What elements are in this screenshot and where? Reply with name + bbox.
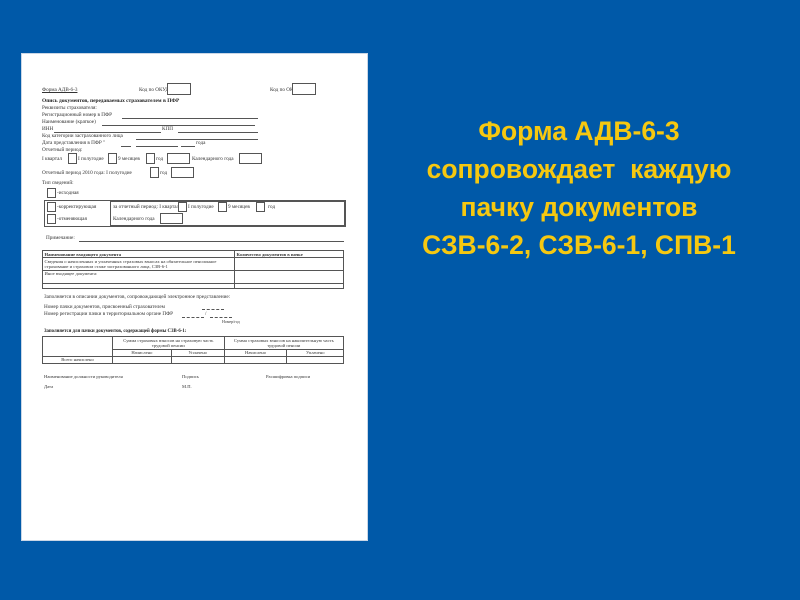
table-row: Всего начислено xyxy=(43,356,344,363)
reg-number-label: Регистрационный номер в ПФР xyxy=(42,113,112,118)
form-title: Опись документов, передаваемых страховат… xyxy=(42,99,179,104)
contributions-sub-header: Уплачено xyxy=(171,349,224,356)
table2-caption: Заполняется для пачки документов, содерж… xyxy=(44,330,186,335)
type-initial-label: -исходная xyxy=(57,191,79,196)
contributions-cell xyxy=(287,356,344,363)
adv-6-3-form: Форма АДВ-6-3 Код по ОКУД Код по ОКПО Оп… xyxy=(22,54,367,540)
corr-m9-label: 9 месяцев xyxy=(228,205,250,210)
table-row: Сведения о начисленных и уплаченных стра… xyxy=(43,258,344,271)
q1-label: I квартал xyxy=(42,157,62,162)
pack-number-label: Номер пачки документов, присвоенный стра… xyxy=(44,305,165,310)
okpo-box xyxy=(292,83,316,95)
period-2010-checkbox xyxy=(150,167,159,178)
year-2010-label: год xyxy=(160,171,167,176)
position-label: Наименование должности руководителя xyxy=(44,375,123,380)
documents-table-header-name: Наименование входящего документа xyxy=(43,251,235,258)
reg-number-line xyxy=(122,118,258,119)
okud-label: Код по ОКУД xyxy=(139,88,169,93)
signature-decode-label: Расшифровка подписи xyxy=(266,375,310,380)
documents-table-count-cell xyxy=(235,283,344,288)
notes-line xyxy=(79,241,344,242)
form-name: Форма АДВ-6-3 xyxy=(42,88,77,93)
table-row xyxy=(43,283,344,288)
corr-calendar-year-box xyxy=(160,213,183,224)
documents-table-cell: Иное входящее документа: xyxy=(43,270,235,283)
name-short-line xyxy=(102,125,255,126)
form-page-image: Форма АДВ-6-3 Код по ОКУД Код по ОКПО Оп… xyxy=(22,54,367,540)
year-suffix: года xyxy=(196,141,205,146)
contributions-sub-header: Уплачено xyxy=(287,349,344,356)
category-code-label: Код категории застрахованного лица xyxy=(42,134,123,139)
contributions-table-corner xyxy=(43,337,113,357)
stamp-label: М.П. xyxy=(182,385,192,390)
m9-label: 9 месяцев xyxy=(118,157,140,162)
documents-table-count-cell xyxy=(235,258,344,271)
table-row: Иное входящее документа: xyxy=(43,270,344,283)
caption-line: Форма АДВ-6-3 xyxy=(384,112,774,150)
pack-number-line xyxy=(202,309,224,310)
okud-box xyxy=(167,83,191,95)
inn-label: ИНН xyxy=(42,127,53,132)
h1-checkbox xyxy=(108,153,117,164)
year-label: год xyxy=(156,157,163,162)
corr-q1-checkbox xyxy=(178,202,187,212)
kpp-line xyxy=(178,132,258,133)
notes-label: Примечание: xyxy=(46,236,75,241)
slide-caption: Форма АДВ-6-3 сопровождает каждую пачку … xyxy=(384,112,774,264)
total-label: Всего начислено xyxy=(43,356,113,363)
h1-label: I полугодие xyxy=(78,157,104,162)
contributions-sub-header: Начислено xyxy=(224,349,287,356)
caption-line: СЗВ-6-2, СЗВ-6-1, СПВ-1 xyxy=(384,226,774,264)
q1-checkbox xyxy=(68,153,77,164)
calendar-year-label: Календарного года xyxy=(192,157,234,162)
type-initial-checkbox xyxy=(47,188,56,198)
contributions-cell xyxy=(224,356,287,363)
caption-line: пачку документов xyxy=(384,188,774,226)
type-cancel-checkbox xyxy=(47,214,56,224)
type-corrective-label: -корректирующая xyxy=(57,205,96,210)
contributions-sub-header: Начислено xyxy=(113,349,172,356)
date-day-line xyxy=(121,146,131,147)
reg-pack-number-label: Номер регистрации пачки в территориально… xyxy=(44,312,173,317)
contributions-cell xyxy=(171,356,224,363)
corr-m9-checkbox xyxy=(256,202,265,212)
type-corrective-checkbox xyxy=(47,202,56,212)
submission-date-label: Дата представления в ПФР " xyxy=(42,141,105,146)
period-2010-label: Отчетный период 2010 года: I полугодие xyxy=(42,171,132,176)
electronic-note: Заполняется в описании документов, сопро… xyxy=(44,295,230,300)
m9-checkbox xyxy=(146,153,155,164)
corr-calendar-year-label: Календарного года xyxy=(113,217,155,222)
contributions-table: Сумма страховых взносов на страховую час… xyxy=(42,336,344,364)
insurer-details-label: Реквизиты страхователя: xyxy=(42,106,97,111)
date-label: Дата xyxy=(44,385,53,390)
caption-line: сопровождает каждую xyxy=(384,150,774,188)
for-period-label: за отчетный период: I квартал xyxy=(113,205,179,210)
documents-table: Наименование входящего документа Количес… xyxy=(42,250,344,289)
calendar-year-box xyxy=(239,153,262,164)
reg-pack-number-line xyxy=(182,317,204,318)
slash-separator: / xyxy=(205,312,206,317)
date-year-line xyxy=(181,146,195,147)
contributions-cell xyxy=(113,356,172,363)
contributions-group-header: Сумма страховых взносов на накопительную… xyxy=(224,337,343,350)
corr-h1-label: I полугодие xyxy=(188,205,214,210)
year-2010-box xyxy=(171,167,194,178)
name-short-label: Наименование (краткое) xyxy=(42,120,96,125)
signature-label: Подпись xyxy=(182,375,199,380)
year-box xyxy=(167,153,190,164)
contributions-group-header: Сумма страховых взносов на страховую час… xyxy=(113,337,225,350)
documents-table-count-cell xyxy=(235,270,344,283)
kpp-label: КПП xyxy=(162,127,173,132)
corr-year-label: год xyxy=(268,205,275,210)
documents-table-cell: Сведения о начисленных и уплаченных стра… xyxy=(43,258,235,271)
reg-pack-year-line xyxy=(210,317,232,318)
documents-table-cell xyxy=(43,283,235,288)
date-month-line xyxy=(136,146,178,147)
info-type-label: Тип сведений: xyxy=(42,181,74,186)
documents-table-header-count: Количество документов в пачке xyxy=(235,251,344,258)
corr-h1-checkbox xyxy=(218,202,227,212)
number-year-label: Номер/год xyxy=(222,320,240,324)
type-cancel-label: -отменяющая xyxy=(57,217,87,222)
